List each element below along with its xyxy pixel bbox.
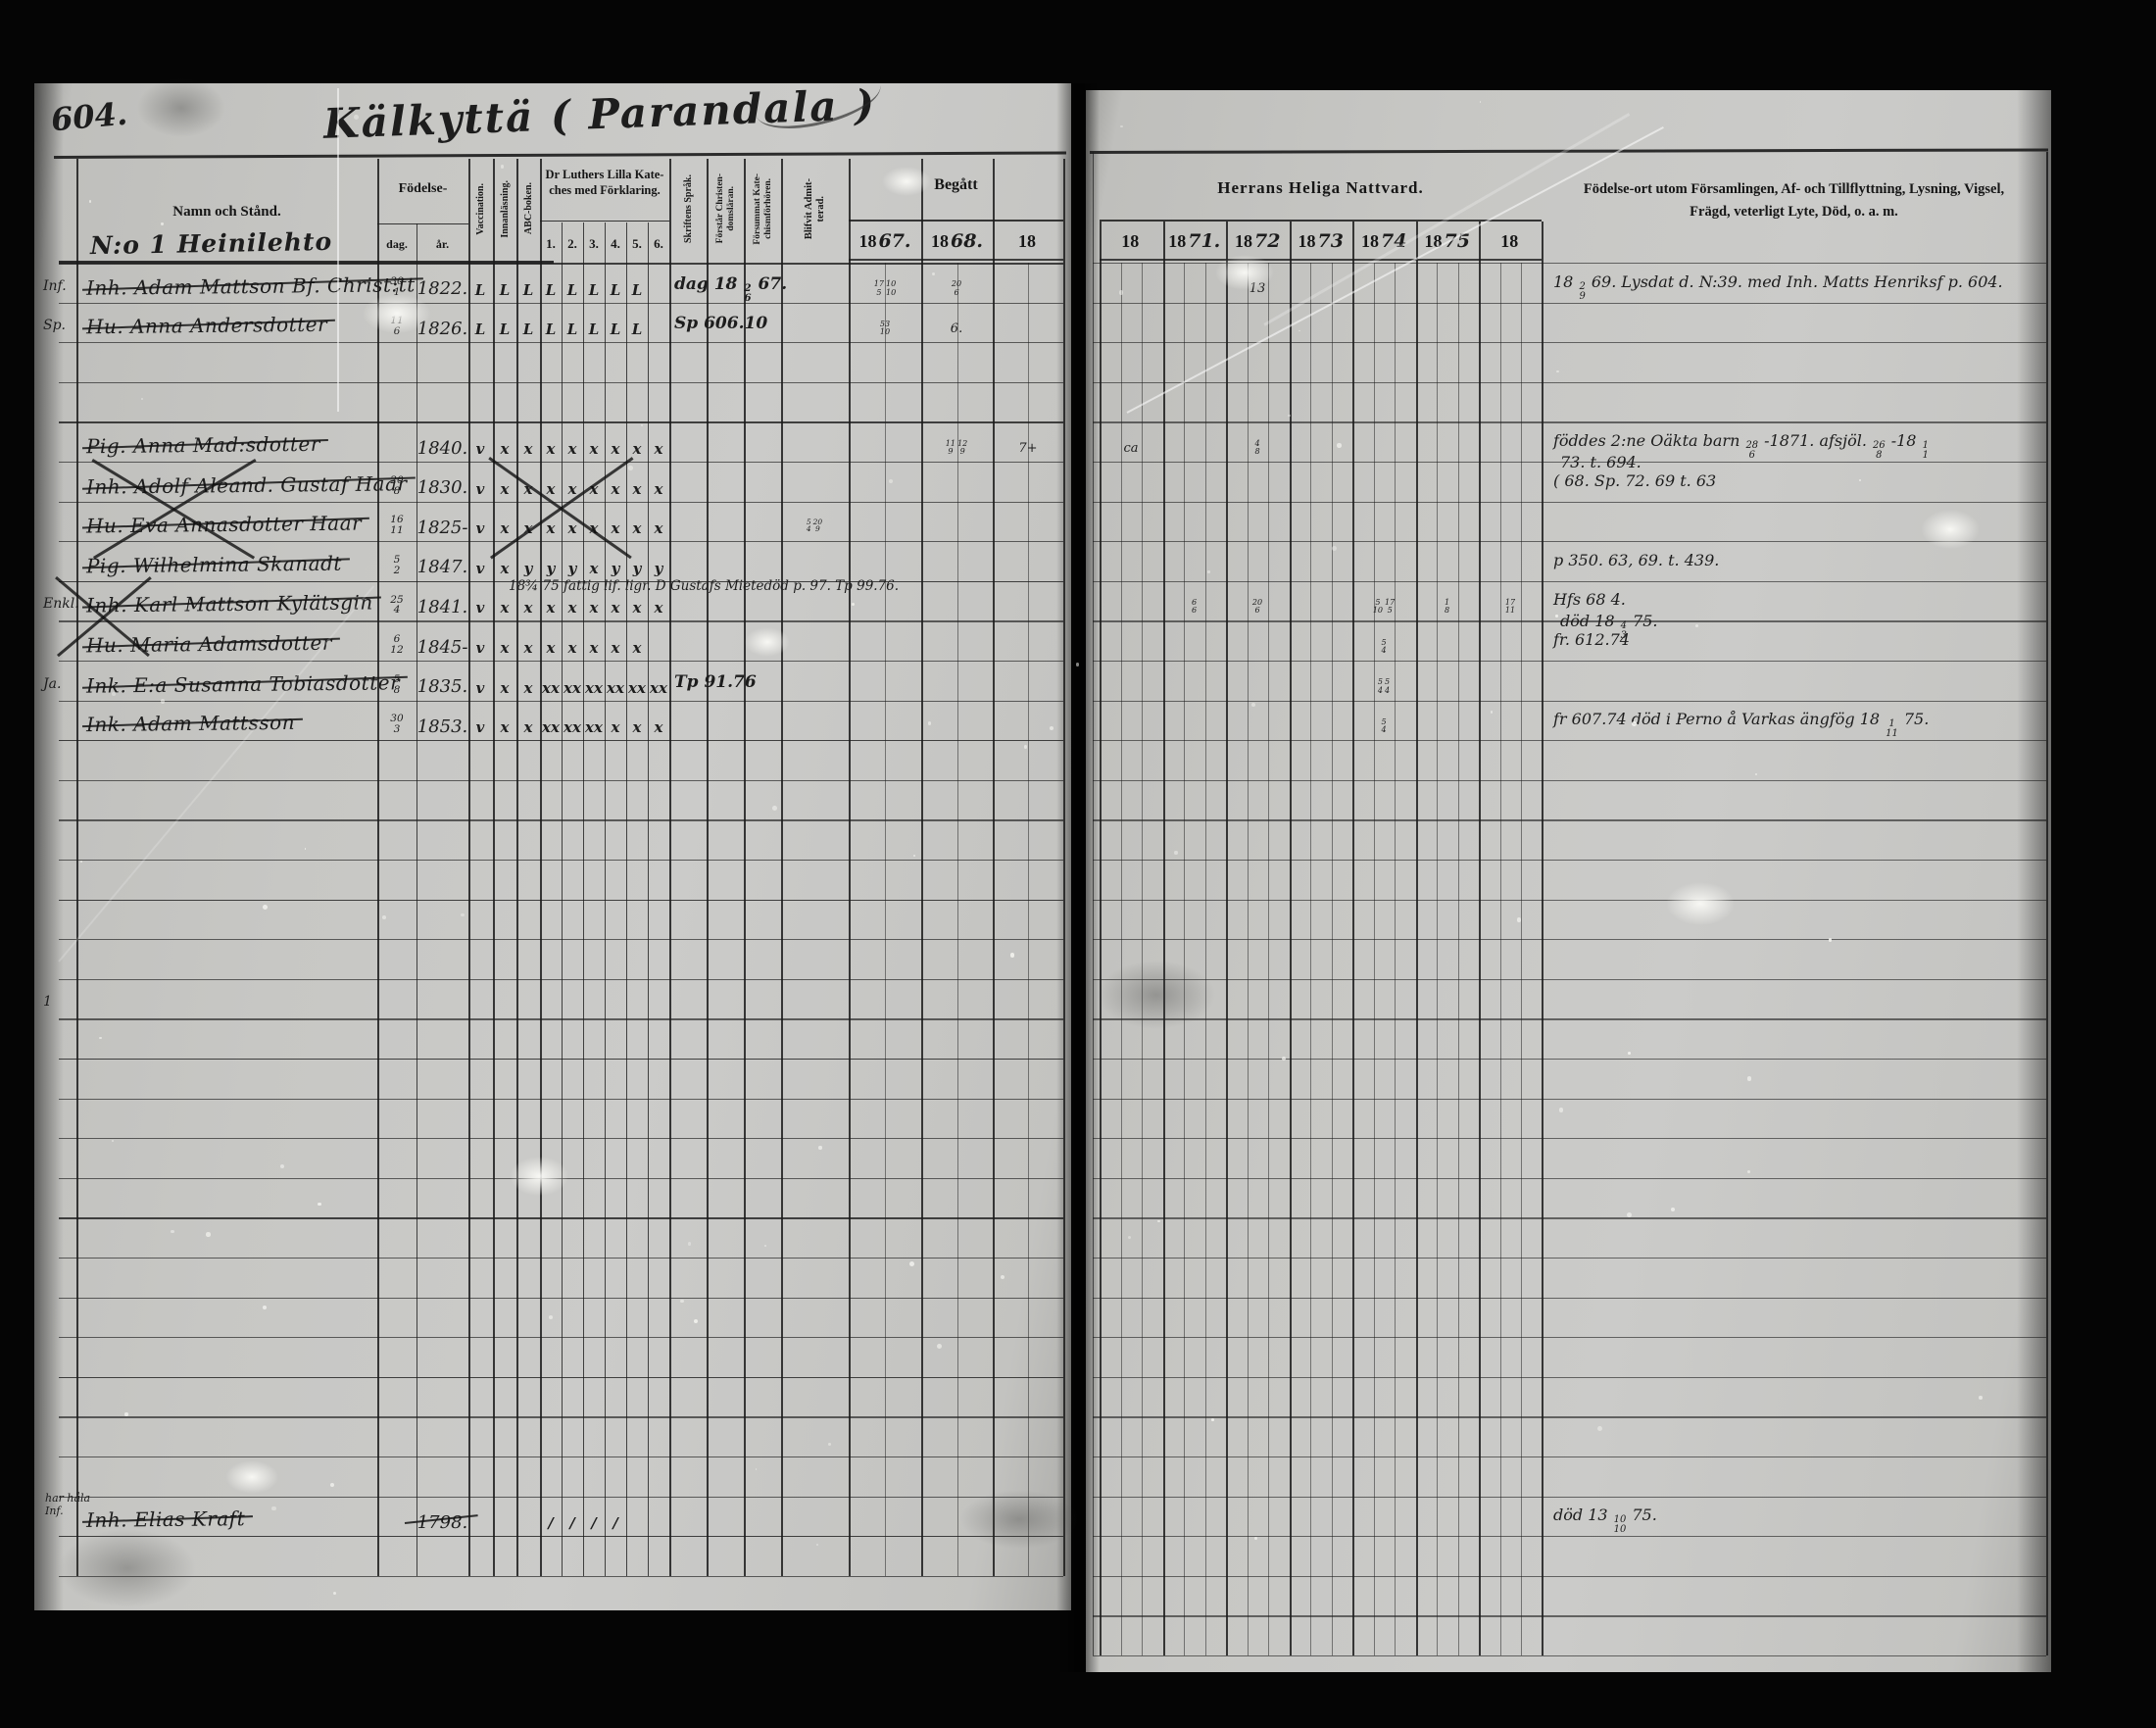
- notes-heading-line1: Födelse-ort utom Församlingen, Af- och T…: [1584, 181, 2004, 197]
- catechism-annotation: 18¾ 75 fattig lif. ligr. D Gustafs Miete…: [509, 578, 899, 594]
- column-line: [1395, 263, 1396, 1655]
- dust-speck: [937, 1344, 942, 1349]
- nattvard-mark: 54: [1352, 712, 1415, 741]
- dust-speck: [1627, 1212, 1632, 1217]
- dust-speck: [1288, 415, 1291, 418]
- col-header-admitted: Blifvit Admit-terad.: [781, 157, 849, 261]
- progress-mark: xx: [626, 674, 648, 702]
- admitted-mark: 54 209: [780, 511, 849, 540]
- entry-name: Ink. E:a Susanna Tobiasdotter: [86, 670, 400, 697]
- column-line: [583, 222, 584, 1576]
- progress-mark: x: [517, 634, 539, 662]
- progress-mark: /: [605, 1509, 626, 1537]
- progress-mark: x: [517, 674, 539, 702]
- catechism-subcol-1: 1.: [540, 227, 562, 261]
- margin-note: Sp.: [43, 318, 66, 333]
- progress-mark: /: [562, 1509, 583, 1537]
- column-line: [1416, 222, 1418, 1655]
- name-strike: [82, 638, 340, 649]
- column-line: [2046, 152, 2048, 1655]
- progress-mark: /: [583, 1509, 605, 1537]
- column-line: [849, 159, 851, 1576]
- communion-mark: 119 129: [921, 433, 992, 463]
- progress-mark: L: [583, 316, 605, 343]
- birth-day: 612: [377, 628, 416, 662]
- birth-day: 303: [377, 708, 416, 741]
- dust-speck: [1555, 615, 1557, 617]
- col-header-birth-year: år.: [416, 237, 468, 252]
- progress-mark: x: [494, 435, 515, 463]
- catechism-subcol-2: 2.: [562, 227, 583, 261]
- progress-mark: x: [626, 515, 648, 542]
- margin-note-small: har håla: [45, 1492, 90, 1505]
- page-number: 604.: [49, 95, 128, 139]
- row-line: [1093, 541, 2046, 542]
- dust-speck: [124, 1412, 127, 1415]
- progress-mark: x: [494, 515, 515, 542]
- entry-name: Hu. Eva Annasdotter Haar: [86, 512, 362, 538]
- column-line: [707, 159, 709, 1576]
- progress-mark: L: [540, 276, 562, 304]
- birth-year: 1845-: [416, 630, 468, 664]
- name-strike: [82, 439, 328, 449]
- row-line: [1093, 900, 2046, 901]
- row-line: [1093, 780, 2046, 781]
- dust-speck: [1695, 624, 1698, 627]
- progress-mark: x: [626, 475, 648, 503]
- progress-mark: L: [583, 276, 605, 304]
- column-line: [1268, 263, 1269, 1655]
- rule-line: [849, 259, 1063, 261]
- dust-speck: [263, 905, 268, 910]
- column-line: [1093, 152, 1094, 1655]
- rule-line: [540, 221, 669, 222]
- column-line: [1542, 222, 1543, 1655]
- column-line: [1205, 263, 1206, 1655]
- dark-smudge: [137, 78, 225, 137]
- progress-mark: L: [469, 276, 491, 304]
- progress-mark: xx: [562, 714, 583, 741]
- col-header-missed-catechism: Försummat Kate-chismförhören.: [744, 157, 781, 261]
- progress-mark: x: [540, 594, 562, 621]
- progress-mark: L: [469, 316, 491, 343]
- column-line: [416, 223, 417, 1576]
- column-line: [781, 159, 783, 1576]
- birth-year: 1847.: [416, 551, 468, 584]
- col-header-catechism: Dr Luthers Lilla Kate- ches med Förklari…: [540, 167, 669, 199]
- col-header-abc-book-text: ABC-boken.: [523, 182, 534, 234]
- name-strike: [82, 675, 408, 688]
- nattvard-mark: 18: [1416, 592, 1479, 621]
- stain-blob: [510, 1157, 568, 1196]
- dust-speck: [816, 1544, 818, 1546]
- nattvard-mark: 48: [1226, 433, 1289, 463]
- progress-mark: x: [648, 714, 669, 741]
- progress-mark: x: [517, 435, 539, 463]
- progress-mark: x: [605, 515, 626, 542]
- row-line: [1093, 701, 2046, 702]
- column-line: [921, 159, 923, 1576]
- row-line: [1093, 1059, 2046, 1060]
- birth-year: 1798.: [416, 1506, 468, 1539]
- dust-speck: [305, 848, 307, 850]
- col-header-admitted-text: terad.: [815, 196, 826, 222]
- margin-note: Ja.: [43, 676, 61, 692]
- stain-blob: [1666, 882, 1735, 925]
- row-line: [1093, 819, 2046, 820]
- progress-mark: xx: [562, 674, 583, 702]
- notes-entry-line2: 73. t. 694.: [1560, 453, 1641, 471]
- progress-mark: x: [562, 634, 583, 662]
- row-line: [1093, 1536, 2046, 1537]
- progress-mark: x: [626, 714, 648, 741]
- nattvard-year-3: 1873: [1290, 223, 1353, 259]
- progress-mark: xx: [583, 714, 605, 741]
- communion-year-0: 1867.: [849, 223, 921, 259]
- dust-speck: [1829, 938, 1832, 941]
- right-page: [1086, 90, 2051, 1672]
- col-header-name: Namn och Stånd.: [76, 204, 377, 221]
- progress-mark: x: [517, 594, 539, 621]
- progress-mark: x: [562, 594, 583, 621]
- dust-speck: [1174, 851, 1177, 854]
- progress-mark: v: [469, 594, 491, 621]
- progress-mark: v: [469, 515, 491, 542]
- rule-line: [1100, 259, 1542, 261]
- stain-blob: [225, 1460, 278, 1494]
- entry-name: Hu. Anna Andersdotter: [86, 313, 327, 339]
- row-line: [1093, 740, 2046, 741]
- column-line: [468, 159, 470, 1576]
- dust-speck: [318, 1203, 320, 1206]
- column-line: [540, 159, 542, 1576]
- column-line: [516, 159, 518, 1576]
- progress-mark: L: [626, 316, 648, 343]
- dust-speck: [1597, 1426, 1602, 1431]
- progress-mark: /: [540, 1509, 562, 1537]
- progress-mark: L: [517, 316, 539, 343]
- dust-speck: [1211, 1418, 1214, 1421]
- birth-year: 1853.: [416, 710, 468, 743]
- dust-speck: [1517, 917, 1521, 921]
- progress-mark: x: [605, 634, 626, 662]
- name-strike: [82, 277, 423, 291]
- dust-speck: [263, 1306, 267, 1309]
- notes-entry: Hfs 68 4.: [1553, 590, 1626, 609]
- communion-mark: 5310: [850, 314, 920, 343]
- notes-entry: 18 29 69. Lysdat d. N:39. med Inh. Matts…: [1553, 272, 2003, 302]
- col-header-missed-catechism-text: Försummat Kate-: [753, 173, 762, 245]
- row-line: [1093, 1298, 2046, 1299]
- dust-speck: [549, 1315, 553, 1319]
- column-line: [1163, 222, 1165, 1655]
- catechism-subcol-6: 6.: [648, 227, 669, 261]
- entry-name: Inh. Elias Kraft: [86, 1506, 245, 1532]
- row-line: [1093, 502, 2046, 503]
- book-scan: 604. Kälkyttä ( Parandala ) Namn och Stå…: [0, 0, 2156, 1728]
- progress-mark: x: [583, 594, 605, 621]
- birth-year: 1822.: [416, 272, 468, 306]
- nattvard-mark: ca: [1100, 433, 1162, 463]
- col-header-missed-catechism-text: chismförhören.: [763, 178, 773, 239]
- margin-note: 1: [43, 994, 52, 1010]
- column-line: [1458, 263, 1459, 1655]
- progress-mark: L: [605, 316, 626, 343]
- rule-line: [1100, 220, 1542, 222]
- row-annotation: Tp 91.76: [674, 672, 757, 692]
- column-line: [1121, 263, 1122, 1655]
- column-line: [1374, 263, 1375, 1655]
- progress-mark: x: [494, 594, 515, 621]
- dust-speck: [232, 610, 234, 612]
- communion-mark: 175 1010: [850, 274, 920, 304]
- dust-speck: [89, 200, 91, 202]
- col-header-reading-text: Innanläsning.: [500, 180, 511, 238]
- row-line: [1093, 581, 2046, 582]
- row-line: [1093, 1217, 2046, 1218]
- household-underline: [59, 261, 554, 264]
- col-header-reading: Innanläsning.: [493, 157, 516, 261]
- col-header-vaccination-text: Vaccination.: [475, 183, 486, 235]
- communion-mark: 7+: [993, 433, 1063, 463]
- col-header-understands-christianity-text: domsläran.: [726, 186, 736, 231]
- dust-speck: [161, 699, 165, 703]
- birth-year: 1840.: [416, 431, 468, 465]
- dust-speck: [772, 806, 777, 811]
- column-line: [1437, 263, 1438, 1655]
- entry-name: Pig. Anna Mad:sdotter: [86, 432, 320, 459]
- notes-heading-line2: Frägd, veterligt Lyte, Död, o. a. m.: [1690, 204, 1898, 220]
- margin-note: Inf.: [43, 278, 67, 294]
- progress-mark: x: [540, 634, 562, 662]
- catechism-line1: Dr Luthers Lilla Kate-: [546, 168, 664, 181]
- birth-day: 254: [377, 588, 416, 621]
- row-line: [1093, 1178, 2046, 1179]
- birth-day: 58: [377, 668, 416, 702]
- column-line: [744, 159, 746, 1576]
- dark-smudge: [1098, 961, 1215, 1029]
- dust-speck: [852, 603, 855, 606]
- column-line: [1310, 263, 1311, 1655]
- col-header-birth: Födelse-: [377, 181, 468, 197]
- birth-year: 1825-: [416, 511, 468, 544]
- scratch-line: [337, 88, 339, 412]
- name-strike: [82, 718, 303, 727]
- col-header-scripture-language-text: Skriftens Språk.: [683, 174, 694, 243]
- nattvard-mark: 510 175: [1352, 592, 1415, 621]
- column-line: [1500, 263, 1501, 1655]
- column-line: [1248, 263, 1249, 1655]
- margin-note: Enkl.: [43, 596, 79, 612]
- dust-speck: [909, 1261, 914, 1266]
- entry-name: Inh. Adam Mattson Bf. Christ:tt: [86, 272, 416, 300]
- dust-speck: [828, 1443, 831, 1446]
- column-line: [1521, 263, 1522, 1655]
- dust-speck: [161, 222, 163, 224]
- name-strike: [82, 518, 369, 529]
- stain-blob: [1921, 510, 1980, 549]
- row-annotation: dag 18 26 67.: [674, 274, 787, 305]
- catechism-subcol-5: 5.: [626, 227, 648, 261]
- nattvard-year-6: 18: [1479, 223, 1543, 259]
- column-line: [493, 159, 495, 1576]
- progress-mark: L: [494, 316, 515, 343]
- birth-year: 1835.: [416, 670, 468, 704]
- progress-mark: x: [626, 634, 648, 662]
- progress-mark: xx: [540, 714, 562, 741]
- progress-mark: x: [648, 515, 669, 542]
- row-line: [1093, 1416, 2046, 1417]
- col-header-vaccination: Vaccination.: [468, 157, 493, 261]
- column-line: [669, 159, 671, 1576]
- column-line: [1063, 159, 1065, 1576]
- progress-mark: x: [605, 594, 626, 621]
- progress-mark: x: [605, 714, 626, 741]
- name-strike: [82, 1515, 253, 1523]
- dust-speck: [1747, 1076, 1751, 1080]
- progress-mark: v: [469, 475, 491, 503]
- stain-blob: [363, 294, 431, 333]
- communion-heading: Herrans Heliga Nattvard.: [1100, 178, 1542, 198]
- household-heading: N:o 1 Heinilehto: [90, 227, 333, 260]
- notes-entry: p 350. 63, 69. t. 439.: [1553, 551, 1719, 569]
- column-line: [1332, 263, 1333, 1655]
- birth-year: 1830.: [416, 471, 468, 505]
- notes-entry: ( 68. Sp. 72. 69 t. 63: [1553, 471, 1716, 490]
- nattvard-mark: 66: [1163, 592, 1226, 621]
- progress-mark: L: [540, 316, 562, 343]
- row-line: [1093, 1655, 2046, 1656]
- progress-mark: xx: [648, 674, 669, 702]
- row-line: [1093, 1497, 2046, 1498]
- row-line: [1093, 1576, 2046, 1577]
- communion-year-1: 1868.: [921, 223, 993, 259]
- notes-entry: fr. 612.74: [1553, 630, 1630, 649]
- year-strike: [405, 1514, 478, 1524]
- col-header-communion: Begått: [849, 176, 1063, 194]
- progress-mark: x: [494, 634, 515, 662]
- dust-speck: [206, 1232, 210, 1236]
- column-line: [626, 222, 627, 1576]
- progress-mark: L: [605, 276, 626, 304]
- progress-mark: v: [469, 555, 491, 582]
- column-line: [1290, 222, 1292, 1655]
- row-line: [1093, 661, 2046, 662]
- margin-note-small: Inf.: [45, 1505, 64, 1517]
- dust-speck: [1337, 443, 1341, 447]
- dust-speck: [1120, 125, 1123, 128]
- dark-smudge: [960, 1490, 1078, 1549]
- progress-mark: xx: [583, 674, 605, 702]
- dust-speck: [818, 1146, 821, 1149]
- progress-mark: v: [469, 674, 491, 702]
- progress-mark: L: [517, 276, 539, 304]
- dust-speck: [1628, 1052, 1631, 1055]
- progress-mark: x: [626, 594, 648, 621]
- nattvard-mark: 206: [1226, 592, 1289, 621]
- notes-entry: död 13 1010 75.: [1553, 1506, 1657, 1535]
- progress-mark: x: [517, 714, 539, 741]
- progress-mark: v: [469, 714, 491, 741]
- catechism-line2: ches med Förklaring.: [549, 183, 661, 197]
- column-line: [76, 159, 78, 1576]
- dust-speck: [1859, 479, 1861, 481]
- column-line: [377, 159, 379, 1576]
- row-line: [1093, 1377, 2046, 1378]
- dust-speck: [1491, 711, 1493, 713]
- column-line: [1142, 263, 1143, 1655]
- row-line: [1093, 1456, 2046, 1457]
- progress-mark: x: [540, 435, 562, 463]
- row-line: [1093, 979, 2046, 980]
- stain-blob: [1215, 255, 1274, 290]
- nattvard-mark: 1711: [1479, 592, 1542, 621]
- communion-mark: 6.: [921, 314, 992, 343]
- dark-smudge: [59, 1529, 196, 1607]
- progress-mark: v: [469, 634, 491, 662]
- nattvard-mark: 54 54: [1352, 672, 1415, 702]
- notes-entry: fr 607.74 död i Perno å Varkas ängfög 18…: [1553, 710, 1929, 739]
- column-line: [1352, 222, 1354, 1655]
- dust-speck: [694, 1319, 698, 1323]
- progress-mark: xx: [605, 674, 626, 702]
- dust-speck: [1747, 1170, 1750, 1173]
- row-annotation: Sp 606.10: [674, 314, 767, 333]
- row-line: [1093, 1138, 2046, 1139]
- birth-day: 1611: [377, 509, 416, 542]
- dust-speck: [628, 466, 633, 470]
- col-header-scripture-language: Skriftens Språk.: [669, 157, 707, 261]
- name-strike: [82, 558, 350, 568]
- column-line: [562, 222, 563, 1576]
- rule-line: [377, 223, 468, 224]
- progress-mark: x: [605, 475, 626, 503]
- row-line: [1093, 939, 2046, 940]
- row-line: [1093, 1018, 2046, 1019]
- left-page: [34, 83, 1071, 1610]
- col-header-abc-book: ABC-boken.: [516, 157, 540, 261]
- dust-speck: [1251, 703, 1255, 707]
- progress-mark: x: [583, 435, 605, 463]
- row-line: [1093, 342, 2046, 343]
- column-line: [648, 222, 649, 1576]
- stain-blob: [882, 167, 931, 196]
- catechism-subcol-4: 4.: [605, 227, 626, 261]
- row-line: [1093, 1337, 2046, 1338]
- catechism-subcol-3: 3.: [583, 227, 605, 261]
- dust-speck: [1207, 570, 1210, 573]
- dust-speck: [1979, 1396, 1982, 1399]
- birth-day: 52: [377, 549, 416, 582]
- progress-mark: L: [562, 276, 583, 304]
- column-line: [1184, 263, 1185, 1655]
- progress-mark: x: [562, 435, 583, 463]
- column-line: [885, 263, 886, 1576]
- nattvard-year-2: 1872: [1226, 223, 1290, 259]
- col-header-understands-christianity: Förstår Christen-domsläran.: [707, 157, 744, 261]
- row-line: [1093, 421, 2046, 422]
- dust-speck: [928, 721, 932, 725]
- col-header-admitted-text: Blifvit Admit-: [804, 178, 814, 239]
- dust-speck: [354, 115, 359, 120]
- rule-line: [849, 220, 1063, 222]
- progress-mark: x: [648, 435, 669, 463]
- birth-year: 1841.: [416, 590, 468, 623]
- entry-name: Pig. Wilhelmina Skanadt: [86, 551, 342, 577]
- progress-mark: x: [648, 475, 669, 503]
- dust-speck: [382, 915, 386, 919]
- progress-mark: xx: [540, 674, 562, 702]
